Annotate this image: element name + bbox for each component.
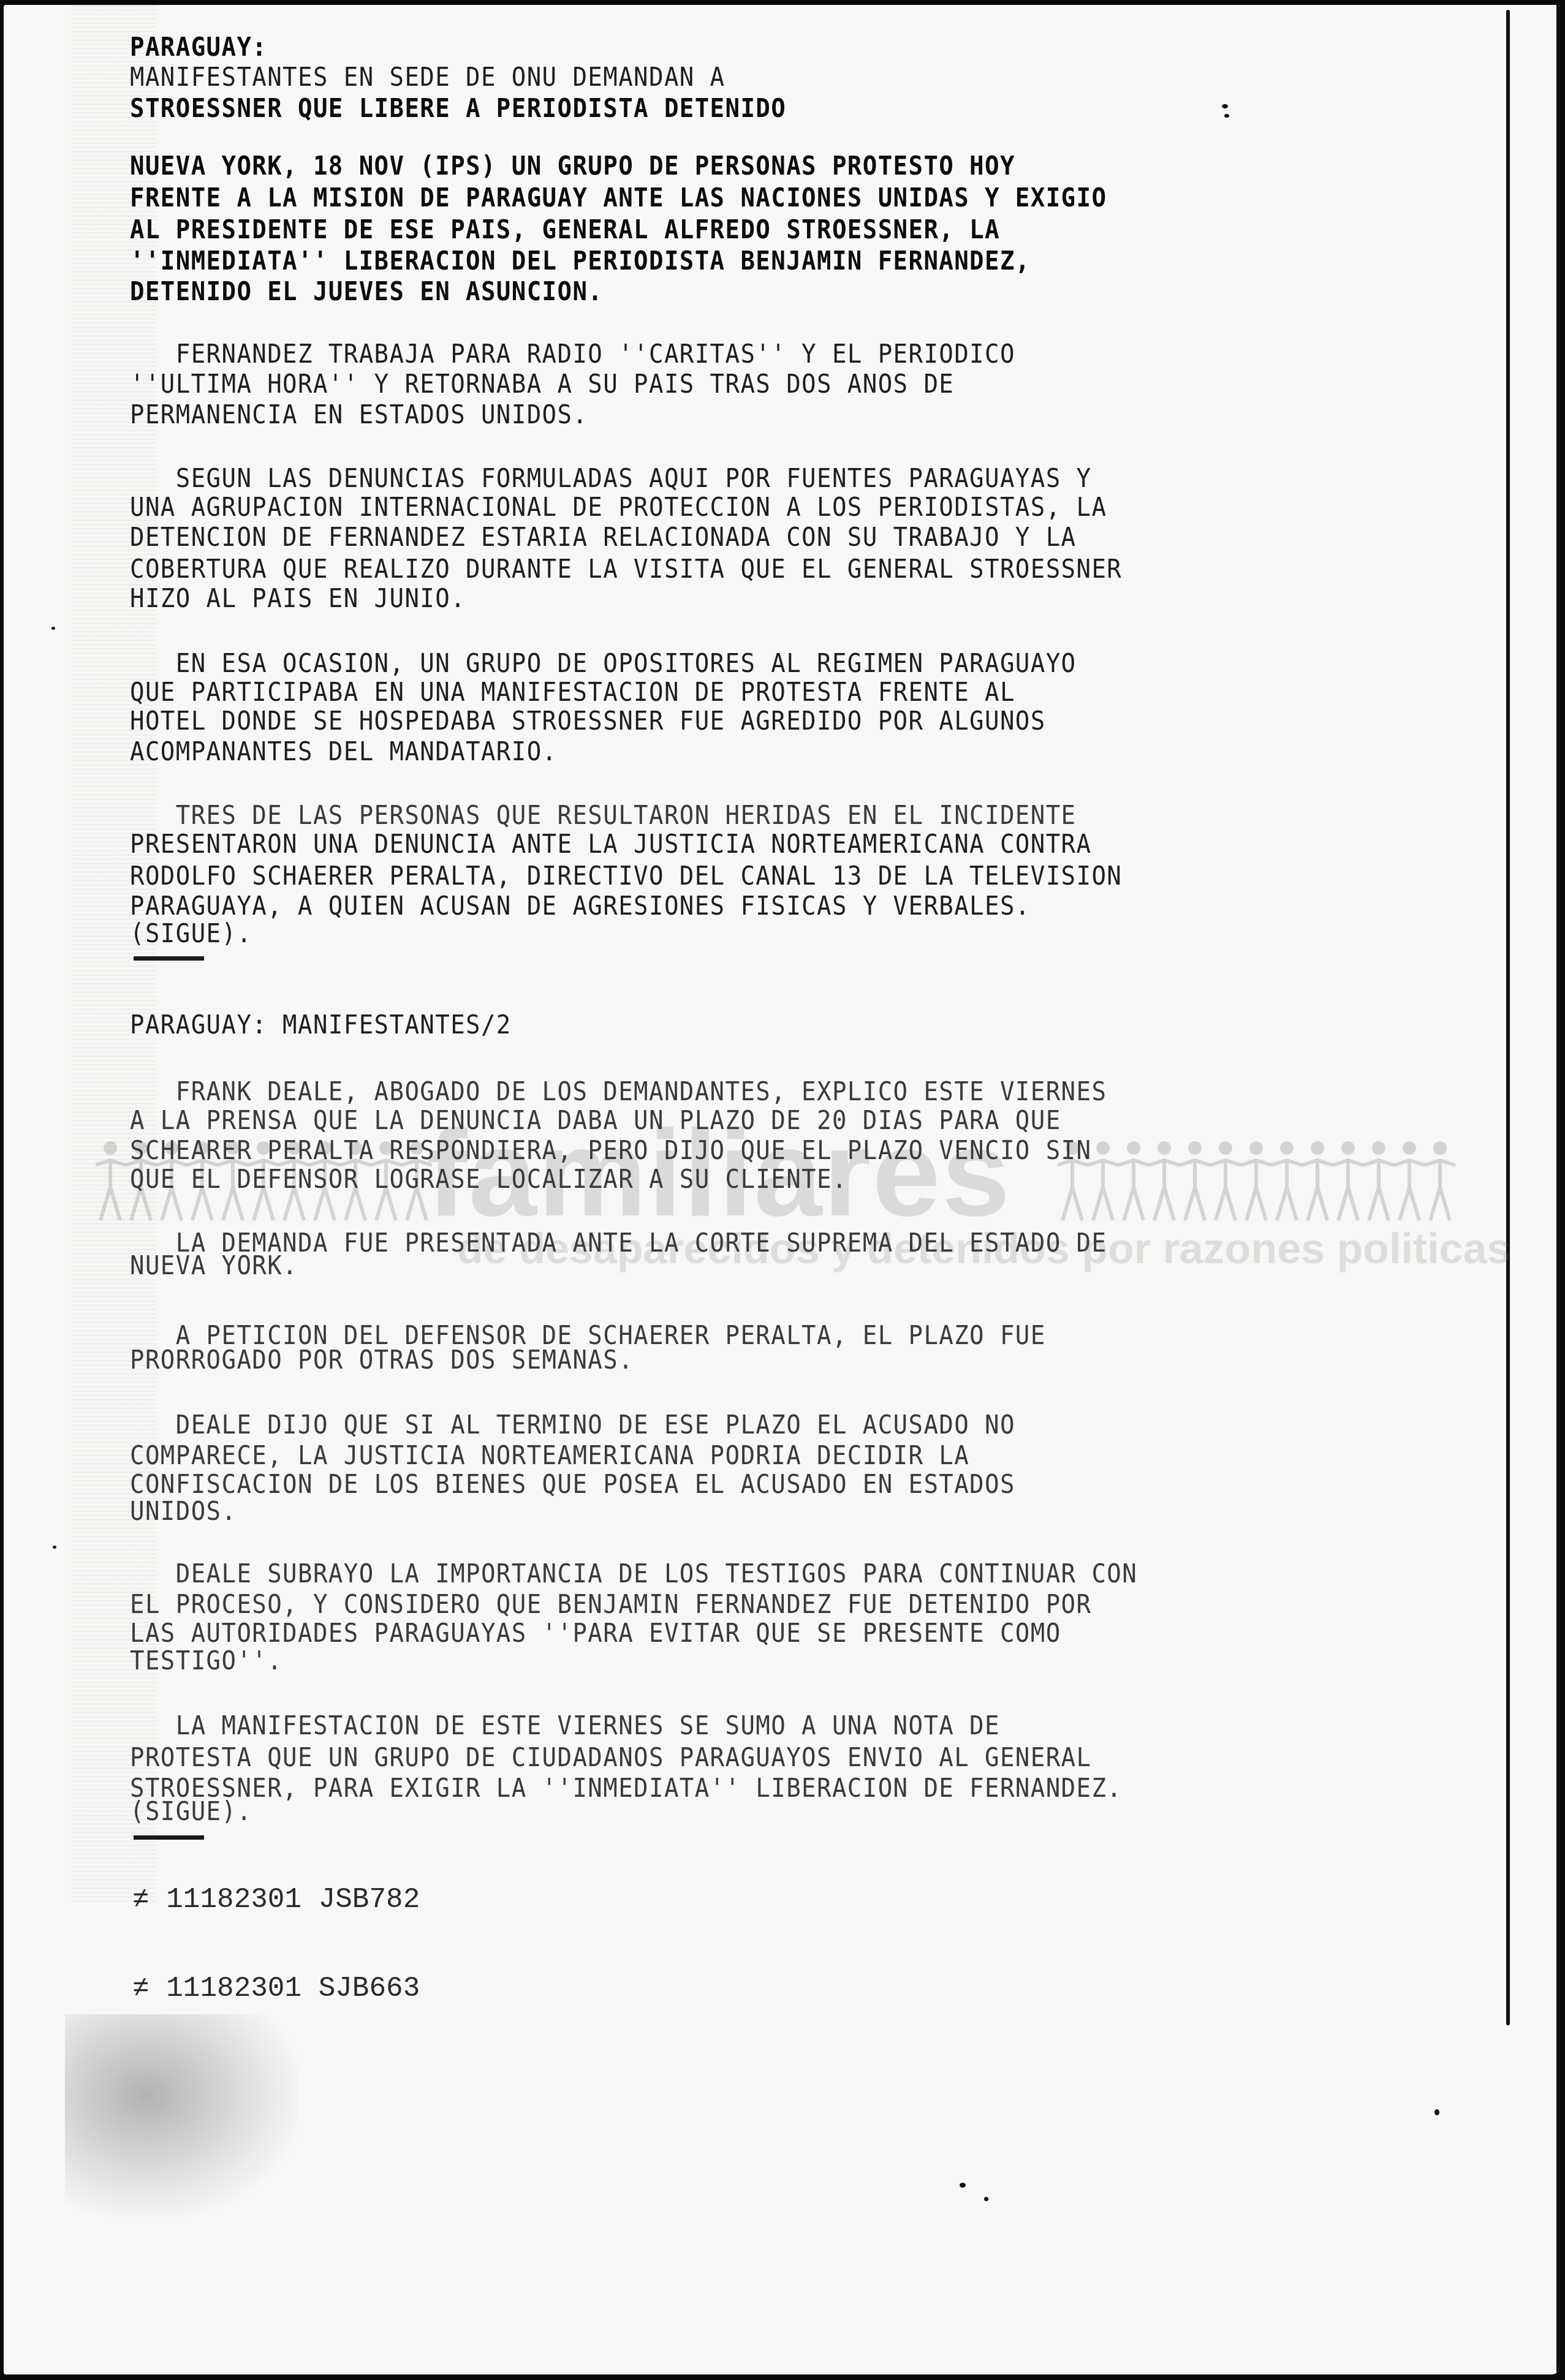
- body-line: ''ULTIMA HORA'' Y RETORNABA A SU PAIS TR…: [130, 370, 954, 398]
- body-line: SEGUN LAS DENUNCIAS FORMULADAS AQUI POR …: [130, 464, 1091, 493]
- body-line: UNA AGRUPACION INTERNACIONAL DE PROTECCI…: [130, 493, 1107, 521]
- body-line: PROTESTA QUE UN GRUPO DE CIUDADANOS PARA…: [130, 1743, 1091, 1772]
- body-line: PRORROGADO POR OTRAS DOS SEMANAS.: [130, 1346, 634, 1374]
- body-line: HIZO AL PAIS EN JUNIO.: [130, 584, 466, 613]
- headline-line: PARAGUAY:: [130, 33, 267, 61]
- body-line: FERNANDEZ TRABAJA PARA RADIO ''CARITAS''…: [130, 340, 1015, 368]
- scanned-teletype-page: familiares de desaparecidos y detenidos …: [4, 5, 1560, 2374]
- body-line: DETENIDO EL JUEVES EN ASUNCION.: [130, 278, 603, 306]
- people-chain-icon: [1058, 1138, 1474, 1224]
- body-line: EL PROCESO, Y CONSIDERO QUE BENJAMIN FER…: [130, 1590, 1091, 1619]
- body-line: PARAGUAYA, A QUIEN ACUSAN DE AGRESIONES …: [130, 892, 1031, 920]
- message-reference: ≠ 11182301 SJB663: [132, 1973, 420, 2004]
- continuation-header: PARAGUAY: MANIFESTANTES/2: [130, 1011, 512, 1039]
- body-line: ''INMEDIATA'' LIBERACION DEL PERIODISTA …: [130, 247, 1031, 275]
- scan-speck: [960, 2183, 966, 2188]
- body-line: TRES DE LAS PERSONAS QUE RESULTARON HERI…: [130, 801, 1076, 829]
- body-line: PRESENTARON UNA DENUNCIA ANTE LA JUSTICI…: [130, 830, 1091, 858]
- body-line: AL PRESIDENTE DE ESE PAIS, GENERAL ALFRE…: [130, 216, 1000, 244]
- body-line: LA MANIFESTACION DE ESTE VIERNES SE SUMO…: [130, 1712, 1000, 1740]
- scan-speck: [51, 627, 55, 630]
- body-line: QUE EL DEFENSOR LOGRASE LOCALIZAR A SU C…: [130, 1165, 847, 1193]
- body-line: NUEVA YORK, 18 NOV (IPS) UN GRUPO DE PER…: [130, 152, 1015, 180]
- body-line: TESTIGO''.: [130, 1647, 282, 1675]
- body-line: FRENTE A LA MISION DE PARAGUAY ANTE LAS …: [130, 184, 1107, 212]
- body-line: COMPARECE, LA JUSTICIA NORTEAMERICANA PO…: [130, 1441, 969, 1470]
- body-line: DETENCION DE FERNANDEZ ESTARIA RELACIONA…: [130, 523, 1076, 551]
- body-line: NUEVA YORK.: [130, 1252, 298, 1280]
- scan-speck: [53, 1546, 56, 1549]
- scan-speck: [1434, 2109, 1439, 2115]
- message-reference: ≠ 11182301 JSB782: [132, 1884, 420, 1915]
- page-edge: [1556, 5, 1560, 2374]
- body-line: COBERTURA QUE REALIZO DURANTE LA VISITA …: [130, 555, 1122, 583]
- body-line: ACOMPANANTES DEL MANDATARIO.: [130, 738, 558, 766]
- scan-speck: [1224, 114, 1229, 118]
- body-line: QUE PARTICIPABA EN UNA MANIFESTACION DE …: [130, 678, 1015, 706]
- body-line: HOTEL DONDE SE HOSPEDABA STROESSNER FUE …: [130, 707, 1046, 735]
- body-line: SCHEARER PERALTA RESPONDIERA, PERO DIJO …: [130, 1136, 1091, 1165]
- body-line: STROESSNER, PARA EXIGIR LA ''INMEDIATA''…: [130, 1774, 1122, 1802]
- scan-speck: [1222, 104, 1228, 108]
- section-separator: [134, 1835, 204, 1840]
- headline-line: MANIFESTANTES EN SEDE DE ONU DEMANDAN A: [130, 63, 726, 91]
- headline-line: STROESSNER QUE LIBERE A PERIODISTA DETEN…: [130, 94, 786, 123]
- vertical-margin-rule: [1506, 10, 1510, 2025]
- body-line: DEALE DIJO QUE SI AL TERMINO DE ESE PLAZ…: [130, 1411, 1015, 1439]
- body-line: A LA PRENSA QUE LA DENUNCIA DABA UN PLAZ…: [130, 1106, 1061, 1135]
- body-line: PERMANENCIA EN ESTADOS UNIDOS.: [130, 401, 588, 429]
- body-line: DEALE SUBRAYO LA IMPORTANCIA DE LOS TEST…: [130, 1560, 1137, 1588]
- body-line: LAS AUTORIDADES PARAGUAYAS ''PARA EVITAR…: [130, 1619, 1061, 1647]
- body-line: (SIGUE).: [130, 1797, 252, 1826]
- section-separator: [134, 956, 204, 961]
- body-line: EN ESA OCASION, UN GRUPO DE OPOSITORES A…: [130, 649, 1076, 678]
- body-line: RODOLFO SCHAERER PERALTA, DIRECTIVO DEL …: [130, 862, 1122, 890]
- scan-speck: [984, 2197, 988, 2201]
- scan-noise-bottom: [65, 2014, 298, 2216]
- body-line: FRANK DEALE, ABOGADO DE LOS DEMANDANTES,…: [130, 1078, 1107, 1106]
- body-line: CONFISCACION DE LOS BIENES QUE POSEA EL …: [130, 1470, 1015, 1498]
- body-line: (SIGUE).: [130, 920, 252, 948]
- body-line: UNIDOS.: [130, 1497, 237, 1525]
